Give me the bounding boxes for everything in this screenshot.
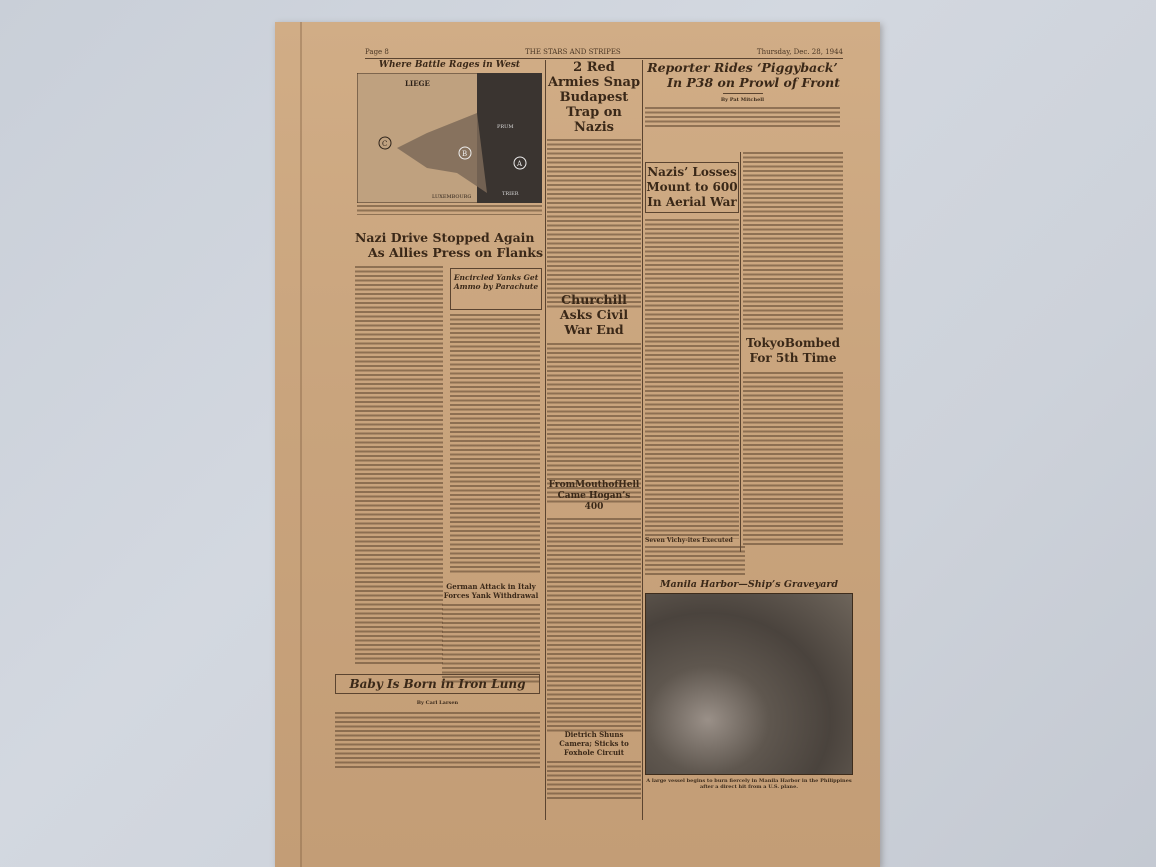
headline: Dietrich Shuns Camera; Sticks to Foxhole… [547,730,641,757]
article-tokyo: TokyoBombed For 5th Time [743,336,843,547]
svg-text:B: B [462,150,467,158]
photo-title: Manila Harbor—Ship’s Graveyard [645,579,853,590]
svg-text:PRUM: PRUM [497,124,513,130]
masthead: Page 8 THE STARS AND STRIPES Thursday, D… [365,46,843,59]
photo-caption: A large vessel begins to burn fiercely i… [645,778,853,790]
issue-date: Thursday, Dec. 28, 1944 [757,48,843,56]
page-number: Page 8 [365,48,389,56]
article-encircled: Encircled Yanks Get Ammo by Parachute [450,268,542,310]
headline: TokyoBombed For 5th Time [743,336,843,366]
headline: Churchill Asks Civil War End [547,292,641,337]
body-text [645,219,739,539]
body-text [743,152,843,332]
body-text [547,761,641,801]
article-churchill: Churchill Asks Civil War End [547,292,641,503]
headline: In P38 on Prowl of Front [645,75,840,90]
article-vichy: Seven Vichy-ites Executed [645,537,820,576]
headline: As Allies Press on Flanks [355,245,543,260]
newspaper-page: Page 8 THE STARS AND STRIPES Thursday, D… [275,22,880,867]
article-red-armies: 2 Red Armies Snap Budapest Trap on Nazis [547,60,641,309]
fold-crease [300,22,302,867]
body-text [450,314,540,574]
body-text [743,372,843,547]
article-german-attack: German Attack in Italy Forces Yank Withd… [442,582,540,684]
map-caption [357,205,542,215]
body-text [335,712,540,768]
svg-text:LIEGE: LIEGE [405,79,430,88]
column-rule [740,152,741,552]
headline: Seven Vichy-ites Executed [645,537,820,544]
headline: Baby Is Born in Iron Lung [335,674,540,694]
article-dietrich: Dietrich Shuns Camera; Sticks to Foxhole… [547,730,641,801]
article-baby: Baby Is Born in Iron Lung By Carl Larsen [335,674,540,768]
headline: 2 Red Armies Snap Budapest Trap on Nazis [547,60,641,135]
article-nazis-losses: Nazis’ Losses Mount to 600 In Aerial War [645,162,739,539]
headline: Nazi Drive Stopped Again [355,230,543,245]
byline: By Carl Larsen [335,700,540,706]
lead-text [645,107,840,129]
svg-text:A: A [516,160,523,168]
byline: By Pat Mitchell [645,97,840,103]
battle-map: C B A LIEGE PRUM TRIER LUXEMBOURG [357,73,542,203]
body-text [355,266,443,666]
body-text [547,518,641,733]
column-rule [642,60,643,820]
headline: Reporter Rides ‘Piggyback’ [645,60,840,75]
photo-section: Manila Harbor—Ship’s Graveyard A large v… [645,579,853,790]
article-reporter: Reporter Rides ‘Piggyback’ In P38 on Pro… [645,60,840,129]
newspaper-title: THE STARS AND STRIPES [525,48,621,56]
column-rule [545,60,546,820]
map-title: Where Battle Rages in West [357,60,542,70]
body-text [442,604,540,684]
article-hogan: FromMouthofHell Came Hogan’s 400 [547,480,641,733]
map-section: Where Battle Rages in West C B A LIEGE P… [357,60,542,215]
body-text [547,139,641,309]
manila-harbor-photo [645,593,853,775]
headline: German Attack in Italy Forces Yank Withd… [442,582,540,600]
headline: Nazis’ Losses Mount to 600 In Aerial War [645,162,739,213]
svg-text:C: C [382,140,387,148]
headline: FromMouthofHell Came Hogan’s 400 [547,480,641,513]
svg-text:TRIER: TRIER [502,191,519,197]
body-text [547,343,641,503]
headline: Encircled Yanks Get Ammo by Parachute [451,273,541,291]
body-text [645,546,745,576]
svg-text:LUXEMBOURG: LUXEMBOURG [432,194,471,200]
